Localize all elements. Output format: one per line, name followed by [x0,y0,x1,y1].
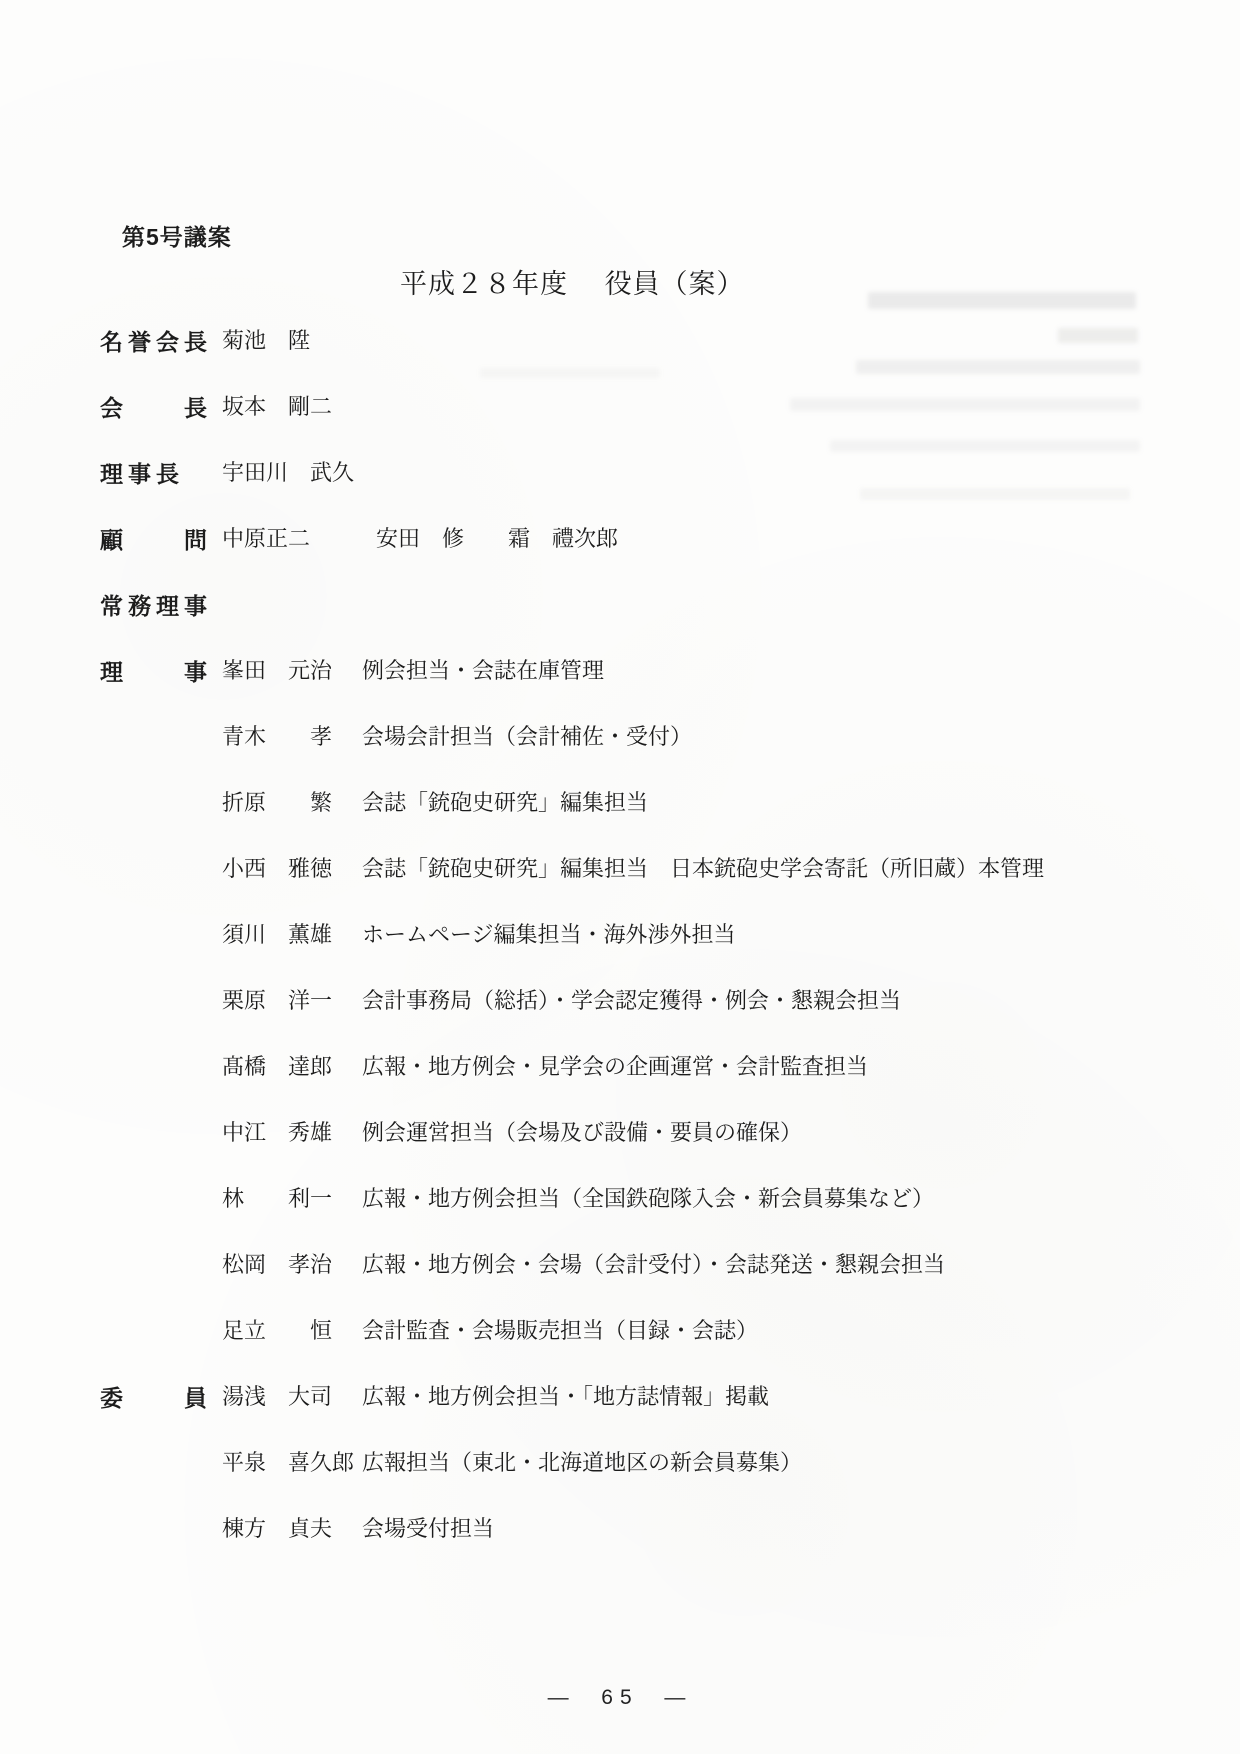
officer-name: 青木 孝 [222,720,362,751]
officer-row: 会 長 坂本 剛二 [100,390,1200,416]
duty-text: 会場会計担当（会計補佐・受付） [362,720,1200,751]
role-label: 会 長 [100,390,222,423]
officer-row: 名誉会長 菊池 陞 [100,324,1200,350]
role-label: 常務理事 [100,588,222,621]
officer-row: 足立 恒 会計監査・会場販売担当（目録・会誌） [100,1314,1200,1340]
duty-text: 会誌「銃砲史研究」編集担当 日本銃砲史学会寄託（所旧蔵）本管理 [362,852,1200,883]
duty-text: 広報・地方例会担当（全国鉄砲隊入会・新会員募集など） [362,1182,1200,1213]
officer-name: 林 利一 [222,1182,362,1213]
proposal-heading: 第5号議案 [122,219,232,252]
officer-name: 宇田川 武久 [222,456,362,487]
duty-text: 会計事務局（総括）・学会認定獲得・例会・懇親会担当 [362,984,1200,1015]
officer-row: 理 事 峯田 元治 例会担当・会誌在庫管理 [100,654,1200,680]
officer-row: 委 員 湯浅 大司 広報・地方例会担当・「地方誌情報」掲載 [100,1380,1200,1406]
officer-name: 足立 恒 [222,1314,362,1345]
officer-row: 髙橋 達郎 広報・地方例会・見学会の企画運営・会計監査担当 [100,1050,1200,1076]
officer-row: 栗原 洋一 会計事務局（総括）・学会認定獲得・例会・懇親会担当 [100,984,1200,1010]
officer-name: 棟方 貞夫 [222,1512,362,1543]
duty-text: 広報・地方例会・会場（会計受付）・会誌発送・懇親会担当 [362,1248,1200,1279]
duty-text: 広報担当（東北・北海道地区の新会員募集） [362,1446,1200,1477]
officer-row: 小西 雅徳 会誌「銃砲史研究」編集担当 日本銃砲史学会寄託（所旧蔵）本管理 [100,852,1200,878]
duty-text: 例会担当・会誌在庫管理 [362,654,1200,685]
officer-row: 常務理事 [100,588,1200,614]
scanned-document-page: 第5号議案 平成２８年度 役員（案） 名誉会長 菊池 陞 会 長 坂本 剛二 理… [0,0,1240,1754]
officer-name: 峯田 元治 [222,654,362,685]
duty-text: 例会運営担当（会場及び設備・要員の確保） [362,1116,1200,1147]
officer-list: 名誉会長 菊池 陞 会 長 坂本 剛二 理事長 宇田川 武久 顧 問 中原正二 … [100,324,1200,1578]
duty-text: 会場受付担当 [362,1512,1200,1543]
officer-row: 松岡 孝治 広報・地方例会・会場（会計受付）・会誌発送・懇親会担当 [100,1248,1200,1274]
duty-text: ホームページ編集担当・海外渉外担当 [362,918,1200,949]
role-label: 理 事 [100,654,222,687]
duty-text: 会誌「銃砲史研究」編集担当 [362,786,1200,817]
officer-name: 栗原 洋一 [222,984,362,1015]
role-label: 顧 問 [100,522,222,555]
officer-row: 顧 問 中原正二 安田 修 霜 禮次郎 [100,522,1200,548]
officer-name: 須川 薫雄 [222,918,362,949]
officer-name: 中原正二 安田 修 霜 禮次郎 [222,522,618,553]
officer-row: 中江 秀雄 例会運営担当（会場及び設備・要員の確保） [100,1116,1200,1142]
officer-row: 林 利一 広報・地方例会担当（全国鉄砲隊入会・新会員募集など） [100,1182,1200,1208]
officer-name: 平泉 喜久郎 [222,1446,362,1477]
officer-name: 菊池 陞 [222,324,362,355]
duty-text: 広報・地方例会担当・「地方誌情報」掲載 [362,1380,1200,1411]
officer-row: 折原 繁 会誌「銃砲史研究」編集担当 [100,786,1200,812]
duty-text: 広報・地方例会・見学会の企画運営・会計監査担当 [362,1050,1200,1081]
officer-row: 須川 薫雄 ホームページ編集担当・海外渉外担当 [100,918,1200,944]
officer-row: 棟方 貞夫 会場受付担当 [100,1512,1200,1538]
duty-text: 会計監査・会場販売担当（目録・会誌） [362,1314,1200,1345]
officer-row: 青木 孝 会場会計担当（会計補佐・受付） [100,720,1200,746]
page-number: ― 65 ― [0,1686,1240,1710]
officer-name: 湯浅 大司 [222,1380,362,1411]
officer-name: 中江 秀雄 [222,1116,362,1147]
officer-row: 理事長 宇田川 武久 [100,456,1200,482]
officer-name: 髙橋 達郎 [222,1050,362,1081]
officer-name: 坂本 剛二 [222,390,362,421]
bleedthrough-smudge [868,292,1136,309]
role-label: 委 員 [100,1380,222,1413]
document-title: 平成２８年度 役員（案） [400,262,745,301]
officer-name: 折原 繁 [222,786,362,817]
officer-name: 小西 雅徳 [222,852,362,883]
officer-row: 平泉 喜久郎 広報担当（東北・北海道地区の新会員募集） [100,1446,1200,1472]
role-label: 名誉会長 [100,324,222,357]
officer-name: 松岡 孝治 [222,1248,362,1279]
role-label: 理事長 [100,456,222,489]
